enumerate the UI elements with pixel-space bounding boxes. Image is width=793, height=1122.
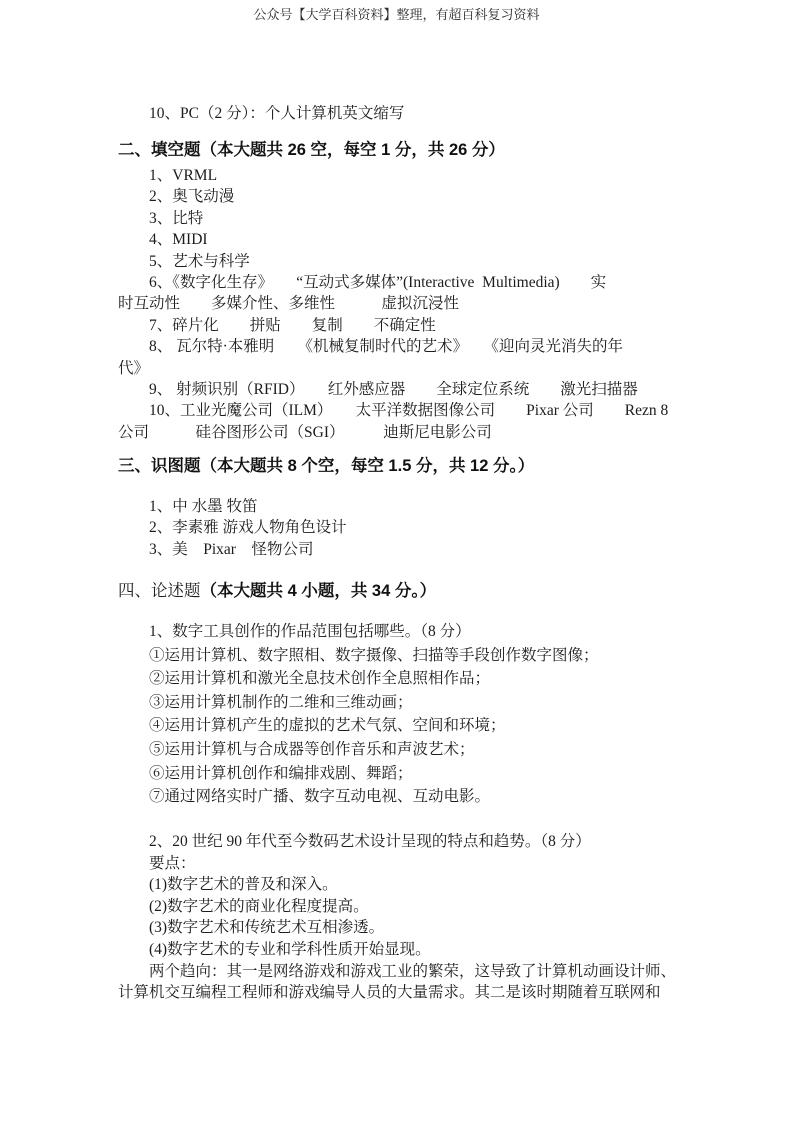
essay-q2-line: 两个趋向：其一是网络游戏和游戏工业的繁荣，这导致了计算机动画设计师、 — [118, 961, 738, 983]
essay-question1-block: 1、数字工具创作的作品范围包括哪些。（8 分） ①运用计算机、数字照相、数字摄像… — [118, 620, 738, 809]
essay-q1-line: ②运用计算机和激光全息技术创作全息照相作品； — [118, 667, 738, 691]
essay-q1-line: ⑦通过网络实时广播、数字互动电视、互动电影。 — [118, 785, 738, 809]
essay-heading-prefix: 四、论述题 — [118, 581, 201, 600]
fill-blank-line: 2、奥飞动漫 — [118, 186, 738, 207]
fill-blank-line: 1、VRML — [118, 165, 738, 186]
fill-blank-line: 8、 瓦尔特·本雅明 《机械复制时代的艺术》 《迎向灵光消失的年 — [118, 336, 738, 357]
essay-q2-line: 2、20 世纪 90 年代至今数码艺术设计呈现的特点和趋势。（8 分） — [118, 831, 738, 853]
essay-q1-line: 1、数字工具创作的作品范围包括哪些。（8 分） — [118, 620, 738, 644]
picture-answers-block: 1、中 水墨 牧笛 2、李素雅 游戏人物角色设计 3、美 Pixar 怪物公司 — [118, 496, 738, 560]
fill-blank-line: 9、 射频识别（RFID） 红外感应器 全球定位系统 激光扫描器 — [118, 379, 738, 400]
fill-blank-line: 10、工业光魔公司（ILM） 太平洋数据图像公司 Pixar 公司 Rezn 8 — [118, 400, 738, 421]
fill-blank-answers-block: 1、VRML 2、奥飞动漫 3、比特 4、MIDI 5、艺术与科学 6、《数字化… — [118, 165, 738, 443]
fill-blank-line-continuation: 代》 — [118, 358, 738, 379]
essay-q2-line: (1)数字艺术的普及和深入。 — [118, 874, 738, 896]
fill-blank-line: 6、《数字化生存》 “互动式多媒体”(Interactive Multimedi… — [118, 272, 738, 293]
essay-q2-line: (4)数字艺术的专业和学科性质开始显现。 — [118, 939, 738, 961]
document-page: 公众号【大学百科资料】整理，有超百科复习资料 10、PC（2 分）：个人计算机英… — [0, 0, 793, 1122]
fill-blank-line: 4、MIDI — [118, 229, 738, 250]
picture-answer-line: 1、中 水墨 牧笛 — [118, 496, 738, 517]
essay-heading-paren: （本大题共 4 小题，共 34 分。） — [201, 582, 437, 600]
fill-blank-line-continuation: 公司 硅谷图形公司（SGI） 迪斯尼电影公司 — [118, 422, 738, 443]
section-heading-essay: 四、论述题（本大题共 4 小题，共 34 分。） — [118, 580, 738, 602]
essay-question2-block: 2、20 世纪 90 年代至今数码艺术设计呈现的特点和趋势。（8 分） 要点： … — [118, 831, 738, 1004]
essay-q1-line: ⑤运用计算机与合成器等创作音乐和声波艺术； — [118, 738, 738, 762]
question-pc-line: 10、PC（2 分）：个人计算机英文缩写 — [118, 103, 738, 124]
section-heading-fill-blank: 二、填空题（本大题共 26 空，每空 1 分，共 26 分） — [118, 139, 738, 161]
essay-q1-line: ③运用计算机制作的二维和三维动画； — [118, 691, 738, 715]
picture-answer-line: 2、李素雅 游戏人物角色设计 — [118, 517, 738, 538]
fill-blank-line-continuation: 时互动性 多媒介性、多维性 虚拟沉浸性 — [118, 293, 738, 314]
fill-blank-line: 5、艺术与科学 — [118, 251, 738, 272]
essay-q1-line: ⑥运用计算机创作和编排戏剧、舞蹈； — [118, 762, 738, 786]
header-note: 公众号【大学百科资料】整理，有超百科复习资料 — [0, 4, 793, 23]
essay-q2-line: (3)数字艺术和传统艺术互相渗透。 — [118, 917, 738, 939]
picture-answer-line: 3、美 Pixar 怪物公司 — [118, 539, 738, 560]
essay-q1-line: ④运用计算机产生的虚拟的艺术气氛、空间和环境； — [118, 714, 738, 738]
essay-q2-line: 要点： — [118, 853, 738, 875]
essay-q1-line: ①运用计算机、数字照相、数字摄像、扫描等手段创作数字图像； — [118, 644, 738, 668]
fill-blank-line: 7、碎片化 拼贴 复制 不确定性 — [118, 315, 738, 336]
section-heading-picture: 三、识图题（本大题共 8 个空，每空 1.5 分，共 12 分。） — [118, 455, 738, 477]
essay-q2-line: (2)数字艺术的商业化程度提高。 — [118, 896, 738, 918]
fill-blank-line: 3、比特 — [118, 208, 738, 229]
essay-q2-line-continuation: 计算机交互编程工程师和游戏编导人员的大量需求。其二是该时期随着互联网和 — [118, 982, 738, 1004]
